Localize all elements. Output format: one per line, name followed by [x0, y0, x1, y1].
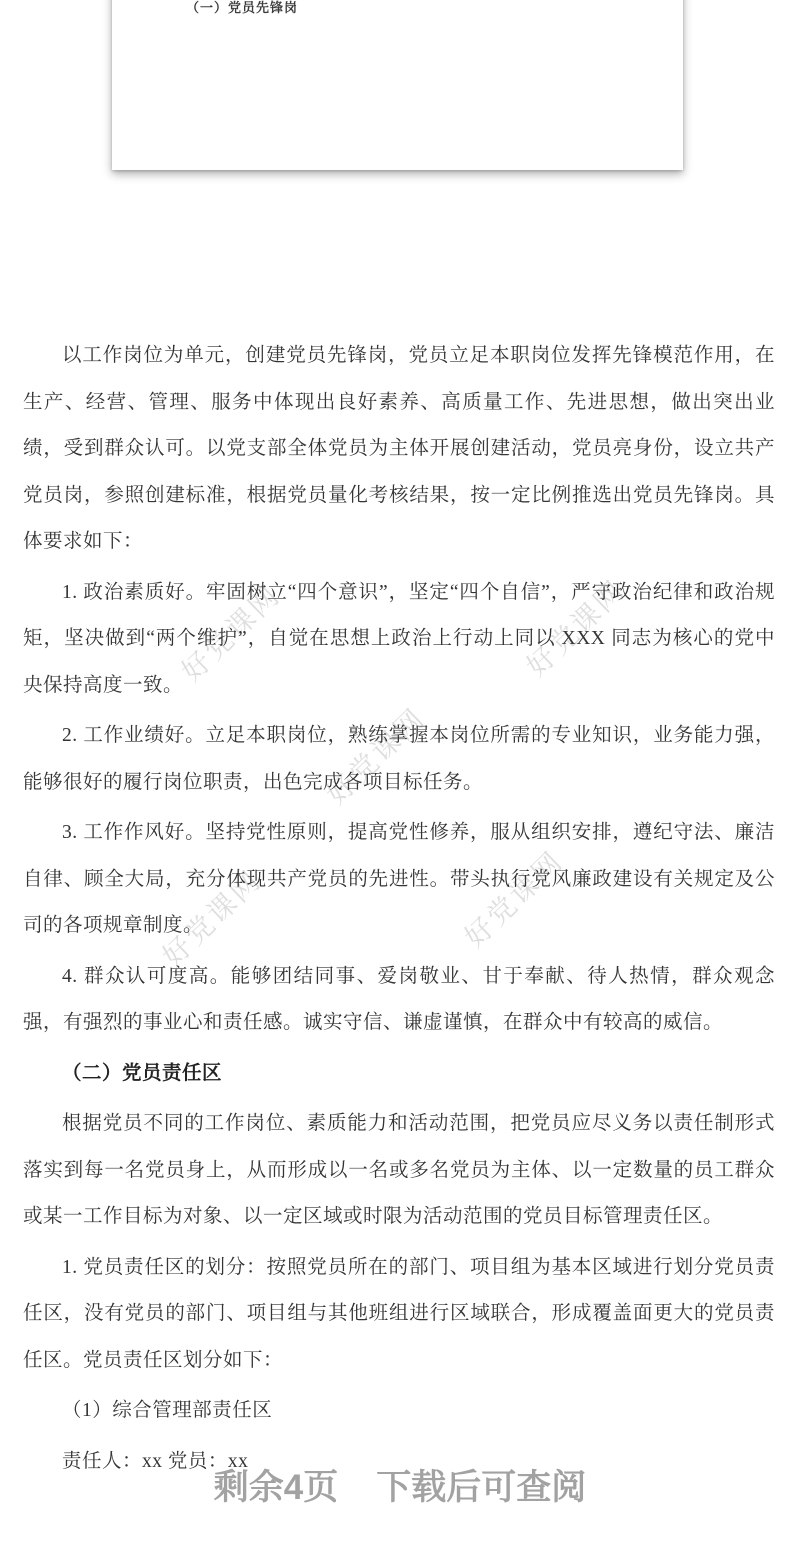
paragraph-work-style: 3. 工作作风好。坚持党性原则，提高党性修养，服从组织安排，遵纪守法、廉洁自律、… [23, 810, 775, 950]
section-heading-responsibility-zone: （二）党员责任区 [23, 1051, 775, 1098]
paragraph-work-performance: 2. 工作业绩好。立足本职岗位，熟练掌握本岗位所需的专业知识，业务能力强，能够很… [23, 713, 775, 806]
section-heading-party-vanguard-post: （一）党员先锋岗 [186, 0, 298, 16]
paragraph-public-recognition: 4. 群众认可度高。能够团结同事、爱岗敬业、甘于奉献、待人热情，群众观念强，有强… [23, 954, 775, 1047]
paragraph-zone-definition: 根据党员不同的工作岗位、素质能力和活动范围，把党员应尽义务以责任制形式落实到每一… [23, 1101, 775, 1241]
remaining-pages-count: 剩余4页 [214, 1468, 338, 1507]
paragraph-political-quality: 1. 政治素质好。牢固树立“四个意识”，坚定“四个自信”，严守政治纪律和政治规矩… [23, 570, 775, 710]
paragraph-zone-division: 1. 党员责任区的划分：按照党员所在的部门、项目组为基本区域进行划分党员责任区，… [23, 1245, 775, 1385]
paragraph-zone-item-1: （1）综合管理部责任区 [23, 1388, 775, 1435]
download-to-view-hint: 下载后可查阅 [376, 1468, 586, 1507]
document-body: 以工作岗位为单元，创建党员先锋岗，党员立足本职岗位发挥先锋模范作用，在生产、经营… [23, 333, 775, 1489]
remaining-pages-hint: 剩余4页下载后可查阅 [0, 1460, 800, 1510]
document-preview-page: （一）党员先锋岗 [112, 0, 683, 170]
paragraph-intro: 以工作岗位为单元，创建党员先锋岗，党员立足本职岗位发挥先锋模范作用，在生产、经营… [23, 333, 775, 566]
